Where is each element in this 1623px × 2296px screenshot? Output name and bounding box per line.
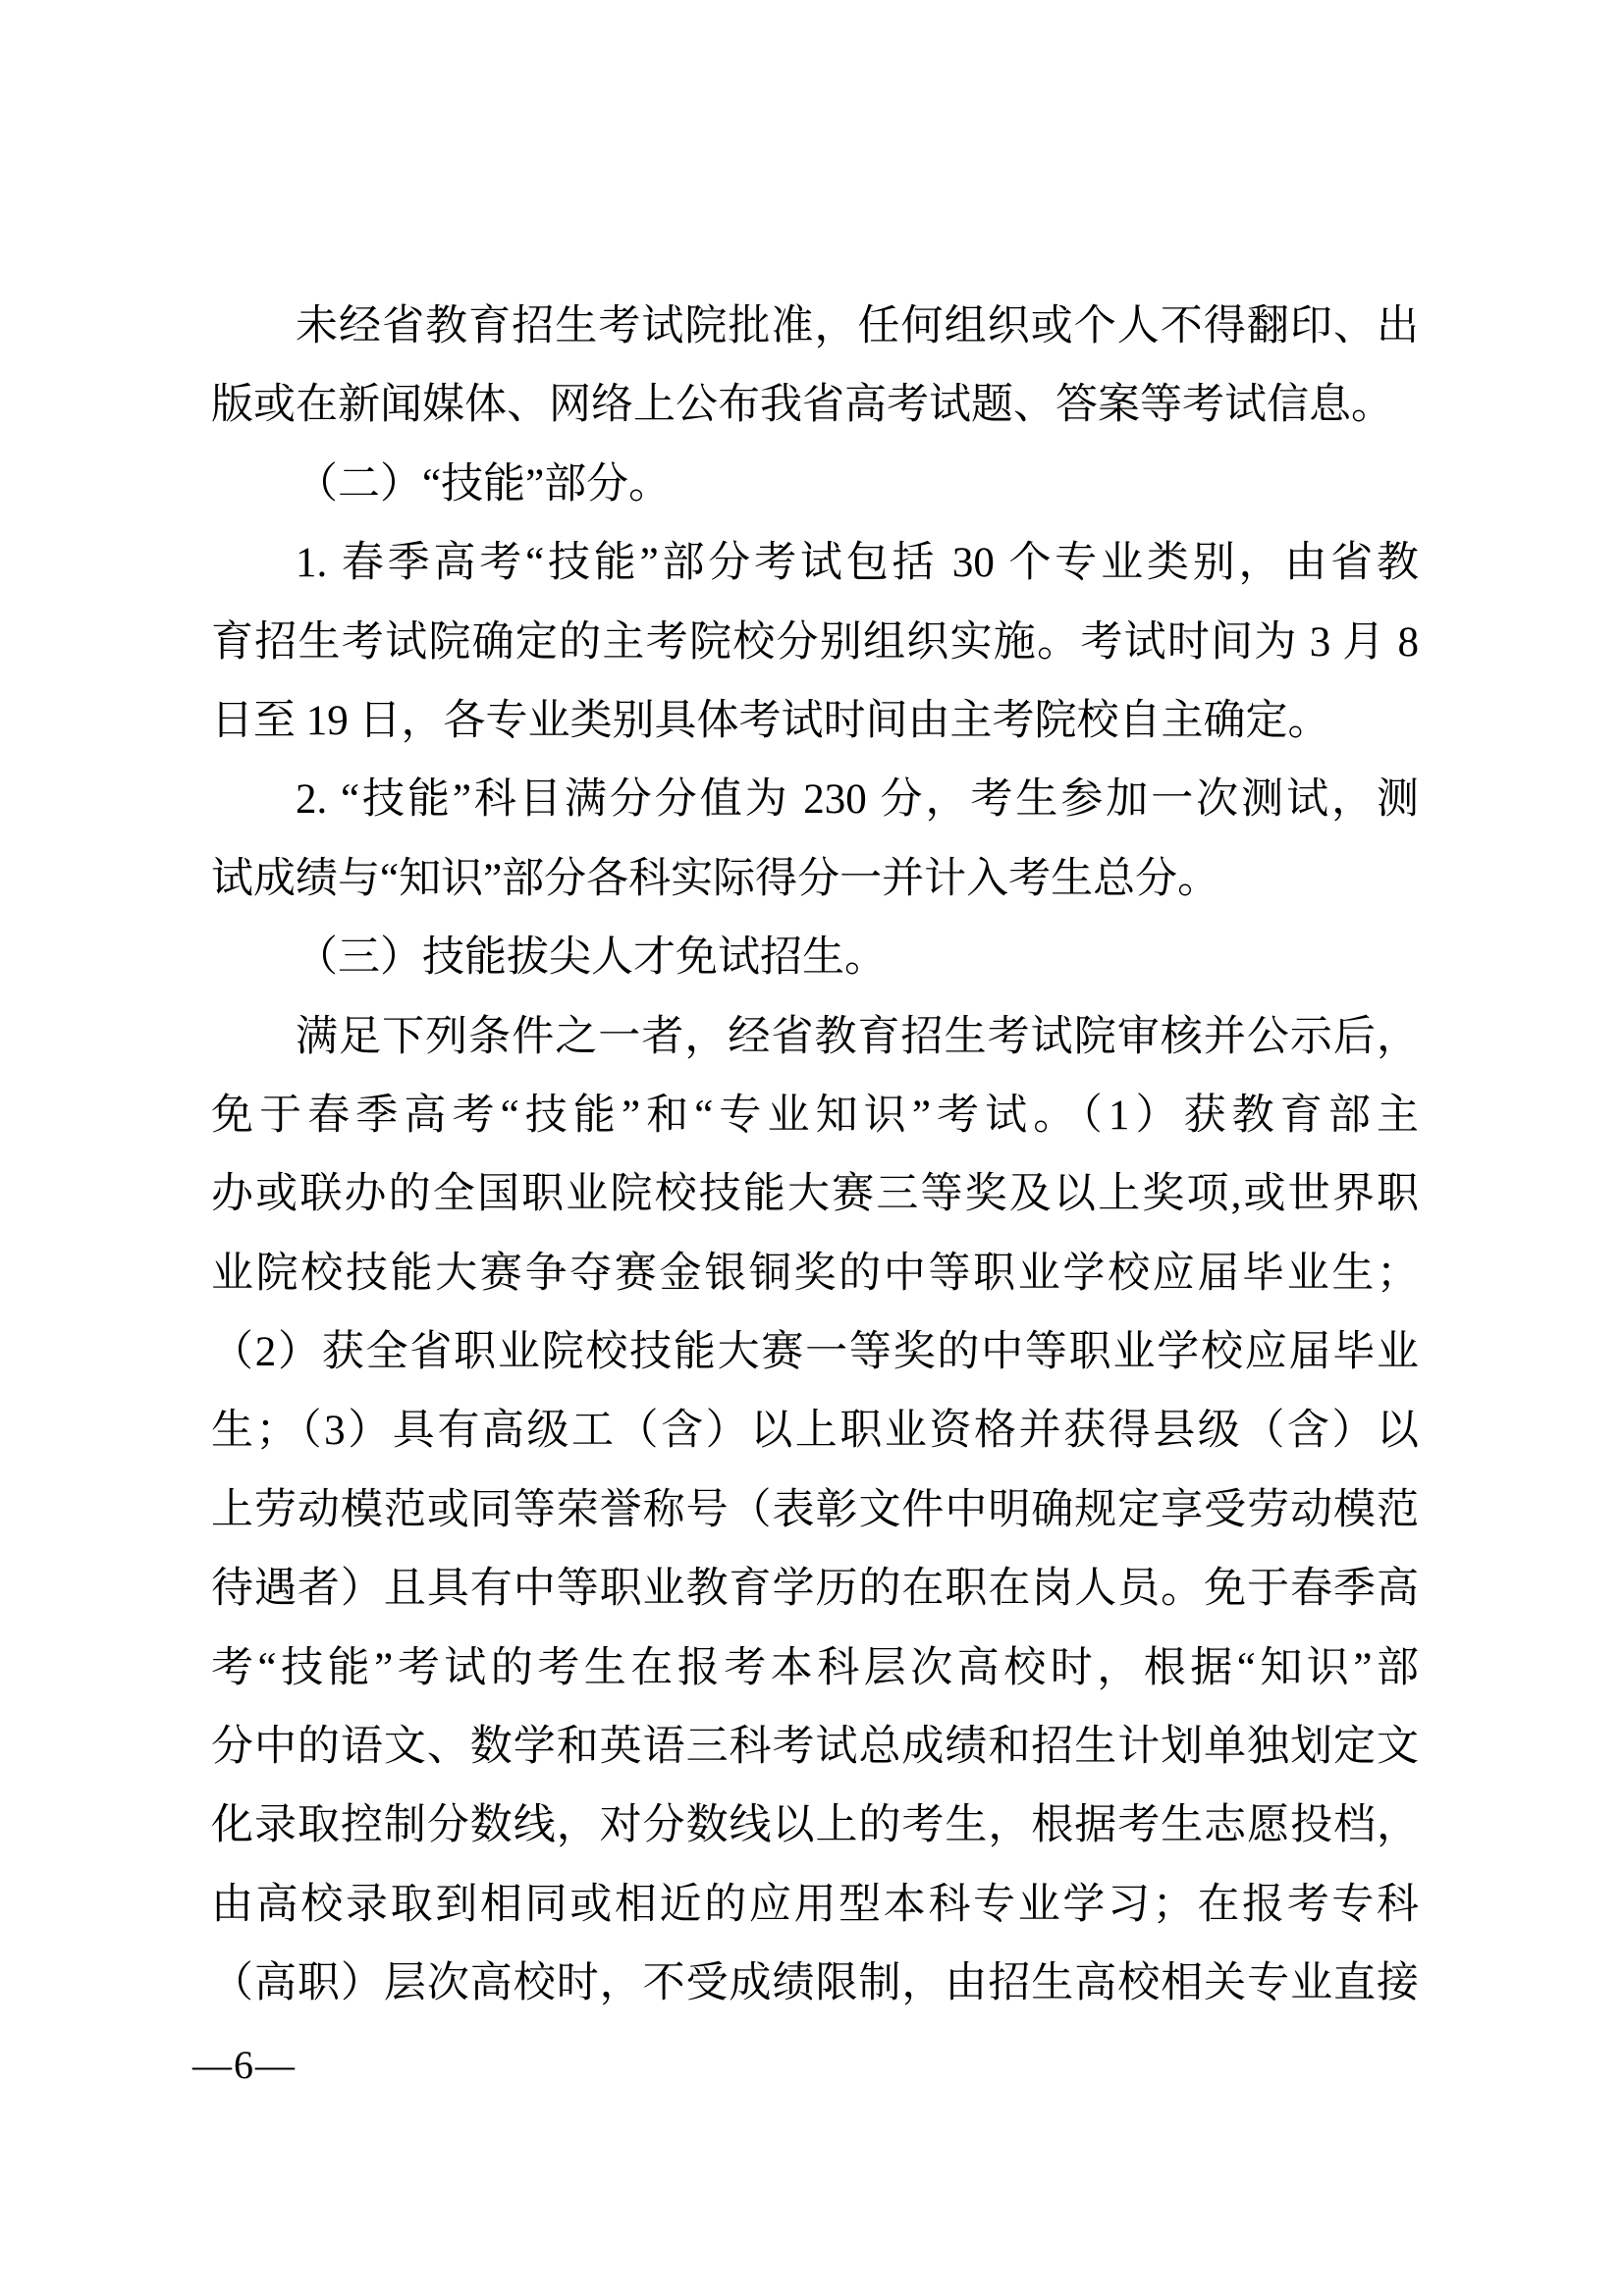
text-line: 生；（3）具有高级工（含）以上职业资格并获得县级（含）以 xyxy=(211,1392,1419,1470)
document-page: 未经省教育招生考试院批准，任何组织或个人不得翻印、出 版或在新闻媒体、网络上公布… xyxy=(0,0,1623,2296)
section-heading: （三）技能拔尖人才免试招生。 xyxy=(211,919,1419,997)
text-line: 日至 19 日，各专业类别具体考试时间由主考院校自主确定。 xyxy=(211,682,1419,761)
text-line: 化录取控制分数线，对分数线以上的考生，根据考生志愿投档， xyxy=(211,1787,1419,1865)
text-line: 办或联办的全国职业院校技能大赛三等奖及以上奖项,或世界职 xyxy=(211,1155,1419,1234)
text-line: 育招生考试院确定的主考院校分别组织实施。考试时间为 3 月 8 xyxy=(211,604,1419,682)
text-line: 上劳动模范或同等荣誉称号（表彰文件中明确规定享受劳动模范 xyxy=(211,1471,1419,1550)
text-line: 待遇者）且具有中等职业教育学历的在职在岗人员。免于春季高 xyxy=(211,1550,1419,1629)
text-line: 版或在新闻媒体、网络上公布我省高考试题、答案等考试信息。 xyxy=(211,366,1419,445)
text-line: 由高校录取到相同或相近的应用型本科专业学习；在报考专科 xyxy=(211,1866,1419,1945)
text-line: （高职）层次高校时，不受成绩限制，由招生高校相关专业直接 xyxy=(211,1945,1419,2023)
document-body: 未经省教育招生考试院批准，任何组织或个人不得翻印、出 版或在新闻媒体、网络上公布… xyxy=(211,288,1419,2024)
text-line: 1. 春季高考“技能”部分考试包括 30 个专业类别，由省教 xyxy=(211,524,1419,603)
text-line: 2. “技能”科目满分分值为 230 分，考生参加一次测试，测 xyxy=(211,761,1419,839)
section-heading: （二）“技能”部分。 xyxy=(211,446,1419,524)
text-line: 考“技能”考试的考生在报考本科层次高校时，根据“知识”部 xyxy=(211,1629,1419,1708)
text-line: 分中的语文、数学和英语三科考试总成绩和招生计划单独划定文 xyxy=(211,1708,1419,1787)
text-line: 满足下列条件之一者，经省教育招生考试院审核并公示后， xyxy=(211,998,1419,1077)
text-line: 试成绩与“知识”部分各科实际得分一并计入考生总分。 xyxy=(211,840,1419,919)
text-line: 免于春季高考“技能”和“专业知识”考试。（1）获教育部主 xyxy=(211,1077,1419,1155)
text-line: （2）获全省职业院校技能大赛一等奖的中等职业学校应届毕业 xyxy=(211,1313,1419,1392)
page-number: —6— xyxy=(192,2038,297,2093)
text-line: 业院校技能大赛争夺赛金银铜奖的中等职业学校应届毕业生； xyxy=(211,1235,1419,1313)
text-line: 未经省教育招生考试院批准，任何组织或个人不得翻印、出 xyxy=(211,288,1419,366)
